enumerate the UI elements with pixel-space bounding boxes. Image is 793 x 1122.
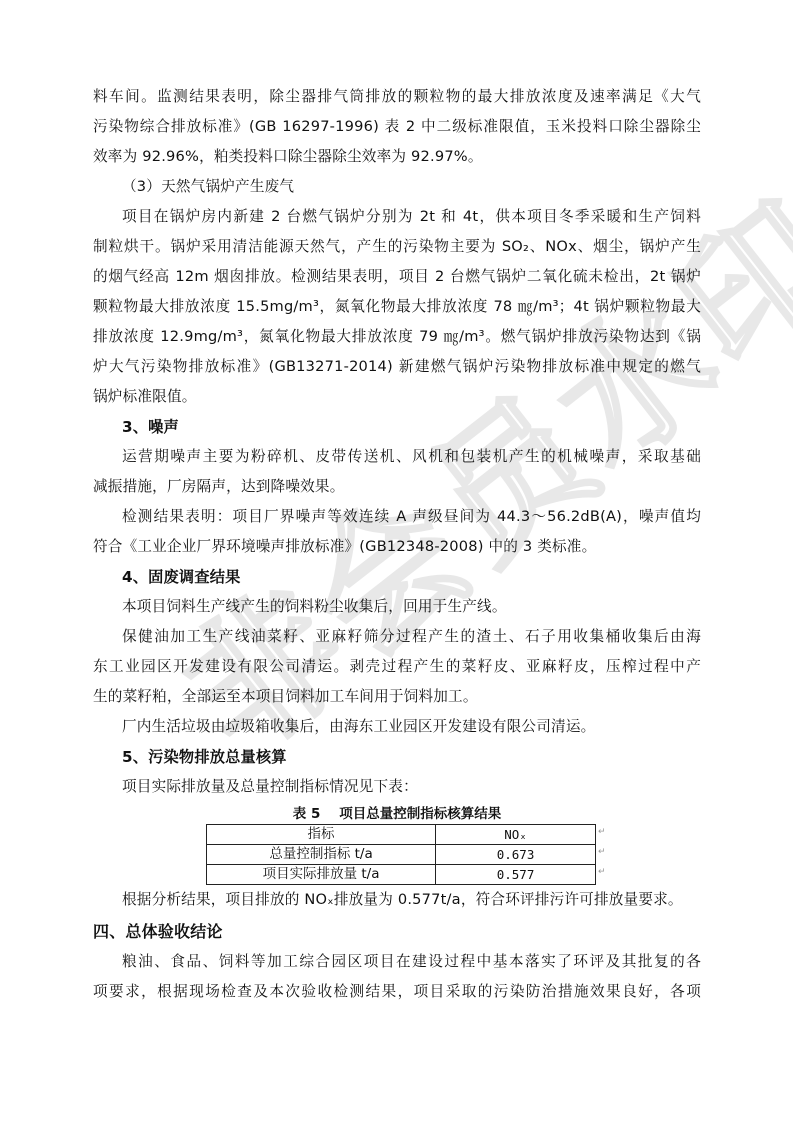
section-heading-solid-waste: 4、固废调查结果 [93, 562, 701, 592]
text-line: 炉大气污染物排放标准》(GB13271-2014) 新建燃气锅炉污染物排放标准中… [93, 352, 701, 382]
text-line: 的烟气经高 12m 烟囱排放。检测结果表明，项目 2 台燃气锅炉二氧化硫未检出，… [93, 262, 701, 292]
text-line: 料车间。监测结果表明，除尘器排气筒排放的颗粒物的最大排放浓度及速率满足《大气 [93, 82, 701, 112]
text-line: 排放浓度 12.9mg/m³，氮氧化物最大排放浓度 79 ㎎/m³。燃气锅炉排放… [93, 322, 701, 352]
paragraph-mark-icon: ↵ [598, 867, 606, 877]
text-line: 污染物综合排放标准》(GB 16297-1996) 表 2 中二级标准限值，玉米… [93, 112, 701, 142]
text-line: 锅炉标准限值。 [93, 382, 701, 412]
text-line: 厂内生活垃圾由垃圾箱收集后，由海东工业园区开发建设有限公司清运。 [93, 712, 701, 742]
text-line: 粮油、食品、饲料等加工综合园区项目在建设过程中基本落实了环评及其批复的各 [93, 947, 701, 977]
text-line: 保健油加工生产线油菜籽、亚麻籽筛分过程产生的渣土、石子用收集桶收集后由海 [93, 622, 701, 652]
text-line: 效率为 92.96%，粕类投料口除尘器除尘效率为 92.97%。 [93, 142, 701, 172]
text-line: 颗粒物最大排放浓度 15.5mg/m³，氮氧化物最大排放浓度 78 ㎎/m³；4… [93, 292, 701, 322]
text-line: 东工业园区开发建设有限公司清运。剥壳过程产生的菜籽皮、亚麻籽皮，压榨过程中产 [93, 652, 701, 682]
table-header-cell: 指标 [207, 825, 436, 845]
section-heading-noise: 3、噪声 [93, 412, 701, 442]
part-heading-conclusion: 四、总体验收结论 [93, 917, 701, 947]
text-line: 项要求，根据现场检查及本次验收检测结果，项目采取的污染防治措施效果良好，各项 [93, 977, 701, 1007]
emission-total-table: 指标 NOₓ 总量控制指标 t/a 0.673 项目实际排放量 t/a 0.57… [206, 824, 596, 885]
text-line: 项目在锅炉房内新建 2 台燃气锅炉分别为 2t 和 4t，供本项目冬季采暖和生产… [93, 202, 701, 232]
text-line: 符合《工业企业厂界环境噪声排放标准》(GB12348-2008) 中的 3 类标… [93, 532, 701, 562]
text-line: 本项目饲料生产线产生的饲料粉尘收集后，回用于生产线。 [93, 592, 701, 622]
document-page: 非会员水印 料车间。监测结果表明，除尘器排气筒排放的颗粒物的最大排放浓度及速率满… [0, 0, 793, 1122]
table-row: 项目实际排放量 t/a 0.577 [207, 865, 596, 885]
table-cell: 0.673 [436, 845, 596, 865]
subsection-title: （3）天然气锅炉产生废气 [93, 172, 701, 202]
table-caption-number: 表 5 [293, 806, 321, 822]
text-line: 减振措施，厂房隔声，达到降噪效果。 [93, 472, 701, 502]
table-header-cell: NOₓ [436, 825, 596, 845]
text-line: 生的菜籽粕，全部运至本项目饲料加工车间用于饲料加工。 [93, 682, 701, 712]
paragraph-mark-icon: ↵ [598, 827, 606, 837]
table-cell: 项目实际排放量 t/a [207, 865, 436, 885]
table-caption: 表 5 项目总量控制指标核算结果 [93, 804, 701, 824]
text-line: 运营期噪声主要为粉碎机、皮带传送机、风机和包装机产生的机械噪声，采取基础 [93, 442, 701, 472]
section-heading-emission-total: 5、污染物排放总量核算 [93, 742, 701, 772]
document-body: 料车间。监测结果表明，除尘器排气筒排放的颗粒物的最大排放浓度及速率满足《大气 污… [93, 82, 701, 1007]
text-line: 制粒烘干。锅炉采用清洁能源天然气，产生的污染物主要为 SO₂、NOx、烟尘，锅炉… [93, 232, 701, 262]
table-caption-title: 项目总量控制指标核算结果 [339, 806, 501, 822]
paragraph-mark-icon: ↵ [598, 847, 606, 857]
table-header-row: 指标 NOₓ [207, 825, 596, 845]
table-cell: 0.577 [436, 865, 596, 885]
text-line: 根据分析结果，项目排放的 NOₓ排放量为 0.577t/a，符合环评排污许可排放… [93, 887, 701, 913]
text-line: 项目实际排放量及总量控制指标情况见下表： [93, 772, 701, 802]
text-line: 检测结果表明：项目厂界噪声等效连续 A 声级昼间为 44.3～56.2dB(A)… [93, 502, 701, 532]
table-cell: 总量控制指标 t/a [207, 845, 436, 865]
table-row: 总量控制指标 t/a 0.673 [207, 845, 596, 865]
